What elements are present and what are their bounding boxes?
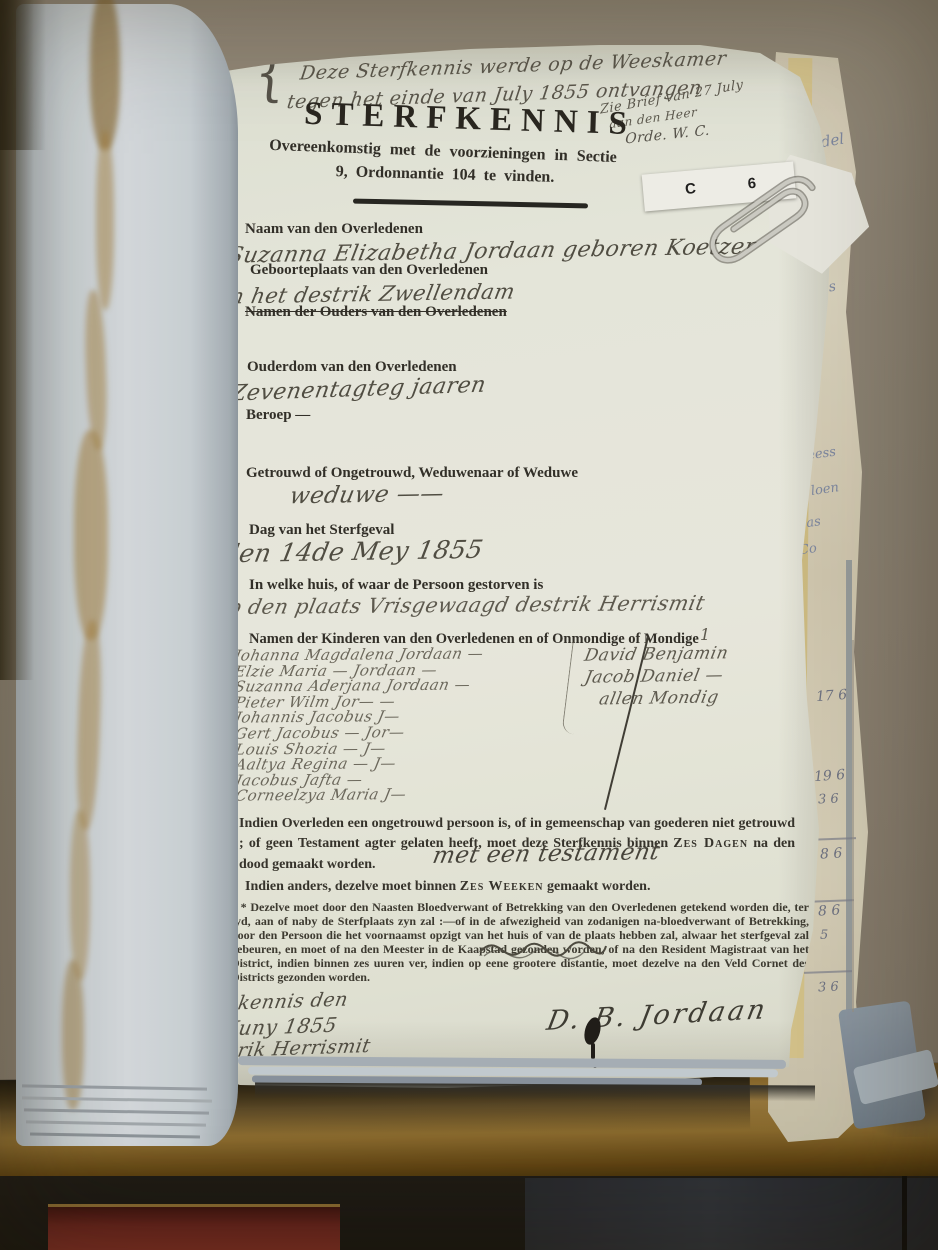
ledger-amount: 8 6 <box>818 902 841 919</box>
field-value: weduwe —— <box>287 481 446 510</box>
field-label: In welke huis, of waar de Persoon gestor… <box>249 577 543 594</box>
field-value: op den plaats Vrisgewaagd destrik Herris… <box>213 591 708 619</box>
notice-text: gemaakt worden. <box>544 879 651 894</box>
field-label: Naam van den Overledenen <box>245 221 423 238</box>
page-edge-shadow <box>255 1083 815 1102</box>
glue-stain <box>90 0 120 150</box>
field-label: Ouderdom van den Overledenen <box>247 359 457 376</box>
children-note-mark: 1 <box>700 625 711 644</box>
field-value: den 14de Mey 1855 <box>220 535 486 569</box>
facing-page <box>16 4 238 1146</box>
sticker-letter: C <box>684 180 696 198</box>
ledger-column-line <box>852 640 854 1012</box>
field-label: Geboorteplaats van den Overledenen <box>250 262 488 279</box>
ink-blot-drip <box>591 1043 595 1059</box>
notice-caps: Zes Weeken <box>460 879 544 894</box>
testament-annotation: met een testament <box>430 839 662 869</box>
red-book-spine <box>48 1204 340 1250</box>
plank-gap <box>902 1176 907 1250</box>
notice-text: Indien anders, dezelve moet binnen <box>245 879 460 894</box>
ledger-amount: 3 6 <box>818 979 839 995</box>
children-list-right: David Benjamin Jacob Daniel — allen Mond… <box>584 641 785 710</box>
ledger-amount: 3 6 <box>818 791 839 807</box>
ledger-amount: 5 <box>820 928 828 943</box>
ledger-amount: 8 6 <box>820 845 843 862</box>
ledger-amount: 19 6 <box>813 767 845 785</box>
glue-stain <box>74 430 108 640</box>
glue-stain <box>70 810 90 980</box>
left-gutter-shadow-top <box>0 0 46 150</box>
kaapstad-scribble <box>478 938 610 960</box>
field-label: Beroep — <box>246 407 310 424</box>
children-list-left: Johanna Magdalena Jordaan — Elzie Maria … <box>234 645 595 804</box>
glue-stain <box>96 130 114 310</box>
ledger-amount: 17 6 <box>815 687 847 705</box>
notice-paragraph-2: Indien anders, dezelve moet binnen Zes W… <box>245 879 785 895</box>
field-label-struck: Namen der Ouders van den Overledenen <box>245 304 507 321</box>
field-label: Getrouwd of Ongetrouwd, Weduwenaar of We… <box>246 465 578 482</box>
child-name: allen Mondig <box>597 685 787 710</box>
child-name: Corneelzya Maria J— <box>234 786 597 805</box>
notice-caps: Zes Dagen <box>673 836 748 851</box>
floor-plank-highlight <box>525 1178 938 1250</box>
archive-photo: edel ge. an als it veess 't loen hjas ? … <box>0 0 938 1250</box>
